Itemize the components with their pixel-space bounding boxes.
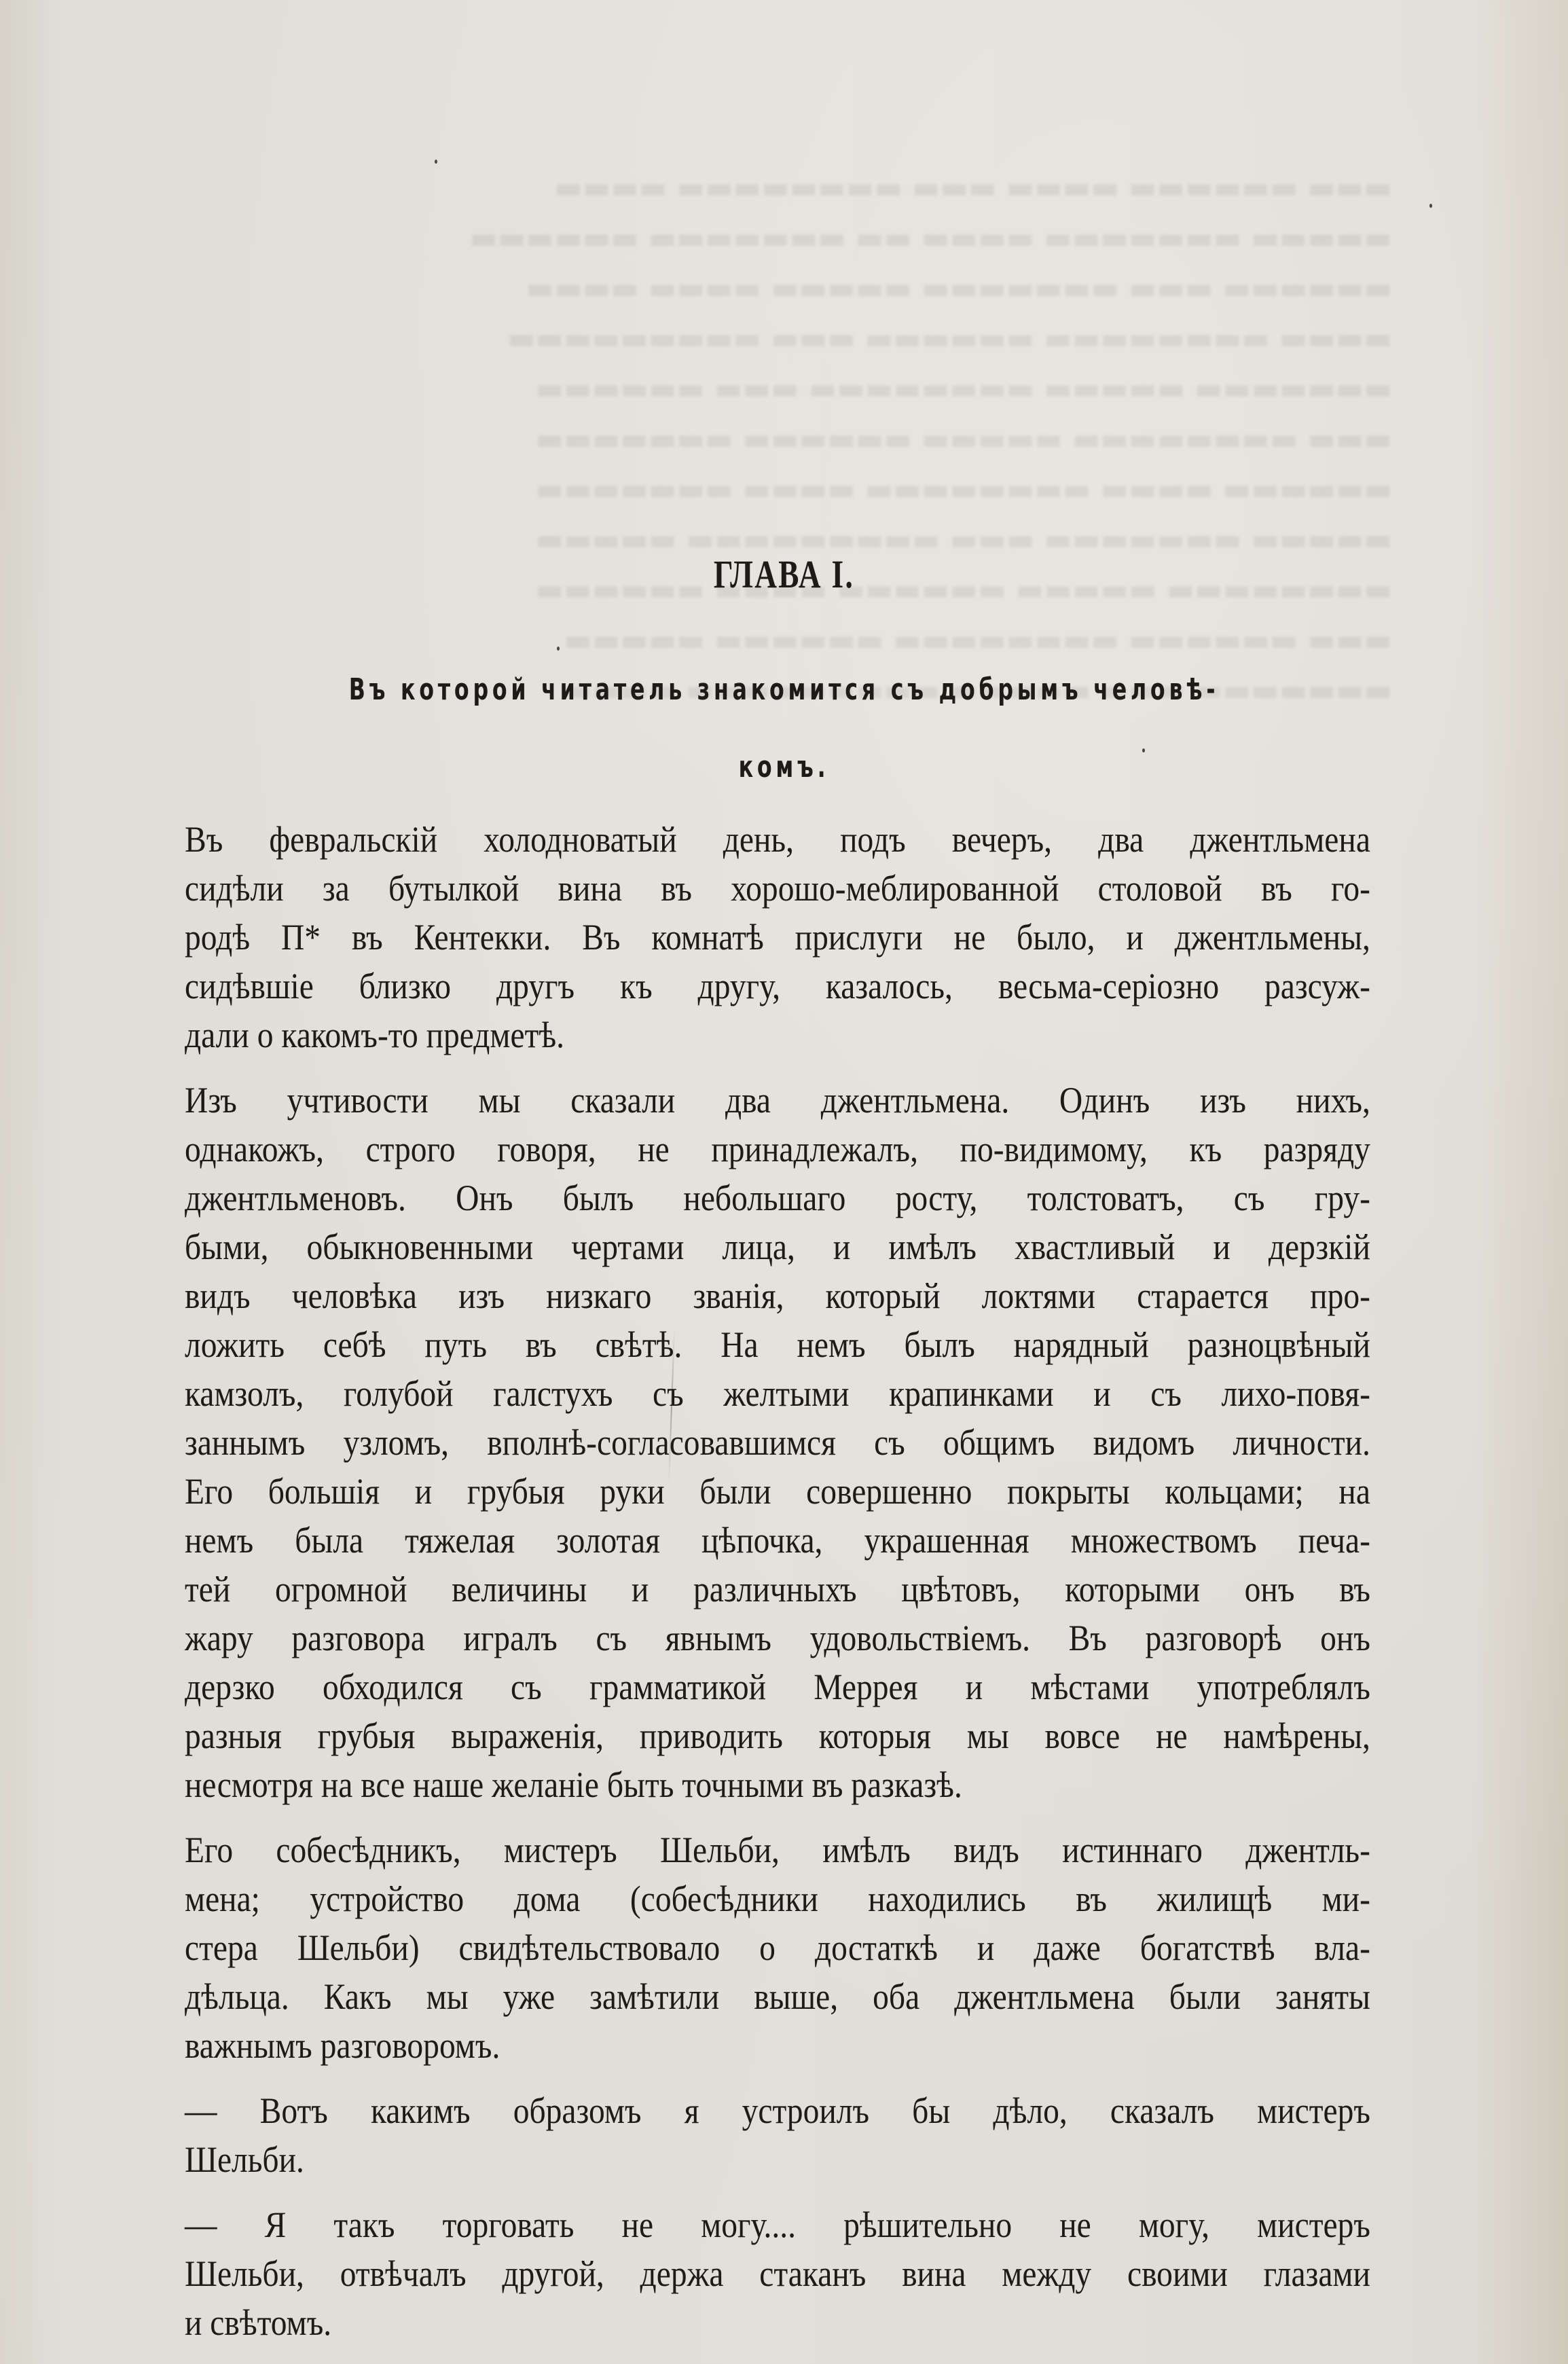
text-line: разныя грубыя выраженія, приводить котор…: [185, 1711, 1370, 1760]
paper-speck: [557, 647, 560, 651]
chapter-title: ГЛАВА I.: [172, 551, 1396, 597]
paragraph-5: — Я такъ торговать не могу.... рѣшительн…: [185, 2200, 1370, 2347]
text-line: джентльменовъ. Онъ былъ небольшаго росту…: [185, 1174, 1370, 1222]
text-line: Въ февральскій холодноватый день, подъ в…: [185, 815, 1370, 864]
text-line: тей огромной величины и различныхъ цвѣто…: [185, 1565, 1370, 1614]
chapter-body: Въ февральскій холодноватый день, подъ в…: [185, 815, 1370, 2347]
text-line: — Я такъ торговать не могу.... рѣшительн…: [185, 2200, 1370, 2249]
chapter-subtitle-line-2: комъ.: [219, 750, 1348, 784]
text-line: несмотря на все наше желаніе быть точным…: [185, 1760, 1370, 1809]
text-line: жару разговора игралъ съ явнымъ удовольс…: [185, 1614, 1370, 1662]
text-line: заннымъ узломъ, вполнѣ-согласовавшимся с…: [185, 1418, 1370, 1467]
text-line: дали о какомъ-то предметѣ.: [185, 1011, 1370, 1059]
text-line: ложить себѣ путь въ свѣтѣ. На немъ былъ …: [185, 1320, 1370, 1369]
text-line: дерзко обходился съ грамматикой Меррея и…: [185, 1662, 1370, 1711]
text-line: — Вотъ какимъ образомъ я устроилъ бы дѣл…: [185, 2086, 1370, 2135]
paragraph-4: — Вотъ какимъ образомъ я устроилъ бы дѣл…: [185, 2086, 1370, 2184]
text-line: сидѣвшіе близко другъ къ другу, казалось…: [185, 962, 1370, 1011]
text-line: камзолъ, голубой галстухъ съ желтыми кра…: [185, 1369, 1370, 1418]
text-line: стера Шельби) свидѣтельствовало о достат…: [185, 1923, 1370, 1972]
text-line: и свѣтомъ.: [185, 2298, 1370, 2347]
paragraph-3: Его собесѣдникъ, мистеръ Шельби, имѣлъ в…: [185, 1825, 1370, 2070]
chapter-subtitle-line-1: Въ которой читатель знакомится съ добрым…: [219, 672, 1348, 707]
text-line: Его большія и грубыя руки были совершенн…: [185, 1467, 1370, 1516]
text-line: дѣльца. Какъ мы уже замѣтили выше, оба д…: [185, 1972, 1370, 2021]
paragraph-2: Изъ учтивости мы сказали два джентльмена…: [185, 1076, 1370, 1809]
text-line: однакожъ, строго говоря, не принадлежалъ…: [185, 1125, 1370, 1174]
text-line: видъ человѣка изъ низкаго званія, которы…: [185, 1271, 1370, 1320]
paper-speck: [435, 160, 437, 164]
text-line: сидѣли за бутылкой вина въ хорошо-меблир…: [185, 864, 1370, 913]
paper-speck: [1429, 204, 1432, 208]
text-line: Шельби.: [185, 2135, 1370, 2184]
text-line: важнымъ разговоромъ.: [185, 2021, 1370, 2070]
text-line: Его собесѣдникъ, мистеръ Шельби, имѣлъ в…: [185, 1825, 1370, 1874]
text-line: Шельби, отвѣчалъ другой, держа стаканъ в…: [185, 2249, 1370, 2298]
book-page: ▬▬▬ ▬▬▬▬▬▬ ▬▬▬▬ ▬▬▬ ▬▬▬▬▬▬▬▬ ▬▬▬▬ ▬▬▬▬▬ …: [0, 0, 1568, 2364]
text-line: родѣ П* въ Кентекки. Въ комнатѣ прислуги…: [185, 913, 1370, 962]
text-line: мена; устройство дома (собесѣдники наход…: [185, 1874, 1370, 1923]
text-line: немъ была тяжелая золотая цѣпочка, украш…: [185, 1516, 1370, 1565]
text-line: Изъ учтивости мы сказали два джентльмена…: [185, 1076, 1370, 1125]
paragraph-1: Въ февральскій холодноватый день, подъ в…: [185, 815, 1370, 1059]
text-line: быми, обыкновенными чертами лица, и имѣл…: [185, 1222, 1370, 1271]
